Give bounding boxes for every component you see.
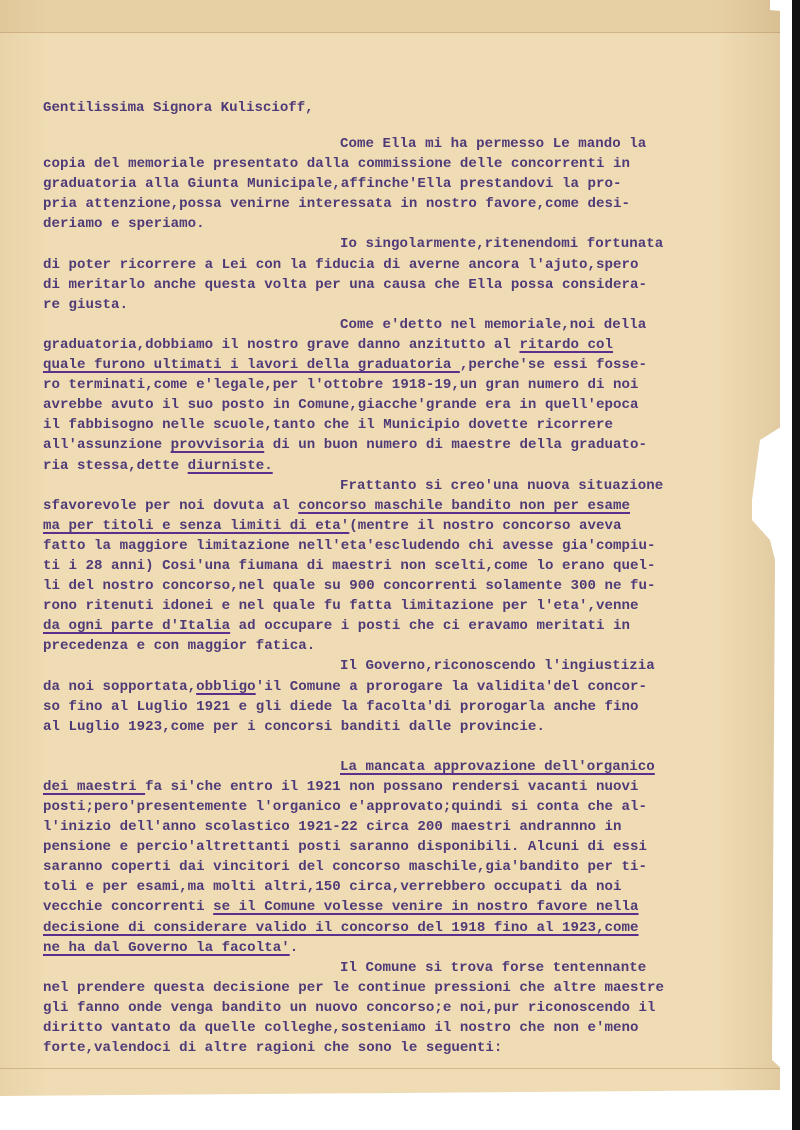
text-run: graduatoria,dobbiamo il nostro grave dan…: [43, 337, 519, 353]
text-run: li del nostro concorso,nel quale su 900 …: [43, 578, 656, 594]
text-line: Come Ella mi ha permesso Le mando la: [43, 134, 783, 154]
text-line: quale furono ultimati i lavori della gra…: [43, 355, 783, 375]
text-run: precedenza e con maggior fatica.: [43, 638, 315, 654]
text-run: da noi sopportata,: [43, 679, 196, 695]
text-run: nel prendere questa decisione per le con…: [43, 980, 664, 996]
text-run: so fino al Luglio 1921 e gli diede la fa…: [43, 699, 639, 715]
text-line: deriamo e speriamo.: [43, 214, 783, 234]
text-line: li del nostro concorso,nel quale su 900 …: [43, 576, 783, 596]
text-line: copia del memoriale presentato dalla com…: [43, 154, 783, 174]
underlined-phrase: se il Comune volesse venire in nostro fa…: [213, 899, 638, 915]
underlined-phrase: dei maestri: [43, 779, 145, 795]
underlined-phrase: concorso maschile bandito non per esame: [298, 498, 630, 514]
text-line: forte,valendoci di altre ragioni che son…: [43, 1038, 783, 1058]
paragraph: Io singolarmente,ritenendomi fortunatadi…: [43, 234, 783, 314]
text-line: La mancata approvazione dell'organico: [43, 757, 783, 777]
text-line: avrebbe avuto il suo posto in Comune,gia…: [43, 395, 783, 415]
underlined-phrase: da ogni parte d'Italia: [43, 618, 230, 634]
paragraph: Il Comune si trova forse tentennantenel …: [43, 958, 783, 1058]
text-run: Come Ella mi ha permesso Le mando la: [340, 136, 646, 152]
text-line: ma per titoli e senza limiti di eta'(men…: [43, 516, 783, 536]
text-line: sfavorevole per noi dovuta al concorso m…: [43, 496, 783, 516]
text-line: graduatoria alla Giunta Municipale,affin…: [43, 174, 783, 194]
text-line: diritto vantato da quelle colleghe,soste…: [43, 1018, 783, 1038]
text-run: fatto la maggiore limitazione nell'eta'e…: [43, 538, 656, 554]
text-run: il fabbisogno nelle scuole,tanto che il …: [43, 417, 613, 433]
text-line: Come e'detto nel memoriale,noi della: [43, 315, 783, 335]
text-run: diritto vantato da quelle colleghe,soste…: [43, 1020, 639, 1036]
text-line: fatto la maggiore limitazione nell'eta'e…: [43, 536, 783, 556]
text-line: vecchie concorrenti se il Comune volesse…: [43, 897, 783, 917]
paragraph: Come Ella mi ha permesso Le mando lacopi…: [43, 134, 783, 234]
paragraph: Il Governo,riconoscendo l'ingiustiziada …: [43, 656, 783, 736]
text-run: re giusta.: [43, 297, 128, 313]
text-run: l'inizio dell'anno scolastico 1921-22 ci…: [43, 819, 622, 835]
underlined-phrase: decisione di considerare valido il conco…: [43, 920, 639, 936]
text-run: deriamo e speriamo.: [43, 216, 205, 232]
text-run: ro terminati,come e'legale,per l'ottobre…: [43, 377, 639, 393]
text-line: so fino al Luglio 1921 e gli diede la fa…: [43, 697, 783, 717]
text-run: Il Comune si trova forse tentennante: [340, 960, 646, 976]
text-line: di meritarlo anche questa volta per una …: [43, 275, 783, 295]
text-line: Io singolarmente,ritenendomi fortunata: [43, 234, 783, 254]
text-line: Frattanto si creo'una nuova situazione: [43, 476, 783, 496]
text-line: gli fanno onde venga bandito un nuovo co…: [43, 998, 783, 1018]
underlined-phrase: obbligo: [196, 679, 256, 695]
paragraph: Frattanto si creo'una nuova situazionesf…: [43, 476, 783, 657]
text-line: l'inizio dell'anno scolastico 1921-22 ci…: [43, 817, 783, 837]
text-run: ti i 28 anni) Cosi'una fiumana di maestr…: [43, 558, 656, 574]
text-line: precedenza e con maggior fatica.: [43, 636, 783, 656]
text-run: ,perche'se essi fosse-: [460, 357, 647, 373]
underlined-phrase: ma per titoli e senza limiti di eta': [43, 518, 349, 534]
text-line: da noi sopportata,obbligo'il Comune a pr…: [43, 677, 783, 697]
text-line: ro terminati,come e'legale,per l'ottobre…: [43, 375, 783, 395]
underlined-phrase: diurniste.: [188, 458, 273, 474]
text-run: fa si'che entro il 1921 non possano rend…: [145, 779, 638, 795]
text-line: ne ha dal Governo la facolta'.: [43, 938, 783, 958]
text-run: di un buon numero di maestre della gradu…: [264, 437, 647, 453]
text-line: Il Governo,riconoscendo l'ingiustizia: [43, 656, 783, 676]
text-line: ria stessa,dette diurniste.: [43, 456, 783, 476]
text-line: posti;pero'presentemente l'organico e'ap…: [43, 797, 783, 817]
text-run: di meritarlo anche questa volta per una …: [43, 277, 647, 293]
text-line: ti i 28 anni) Cosi'una fiumana di maestr…: [43, 556, 783, 576]
underlined-phrase: provvisoria: [171, 437, 265, 453]
scan-edge: [792, 0, 800, 1130]
text-line: pria attenzione,possa venirne interessat…: [43, 194, 783, 214]
salutation: Gentilissima Signora Kuliscioff,: [43, 100, 314, 116]
text-line: saranno coperti dai vincitori del concor…: [43, 857, 783, 877]
text-line: il fabbisogno nelle scuole,tanto che il …: [43, 415, 783, 435]
text-line: decisione di considerare valido il conco…: [43, 918, 783, 938]
text-run: gli fanno onde venga bandito un nuovo co…: [43, 1000, 656, 1016]
underlined-phrase: La mancata approvazione dell'organico: [340, 759, 655, 775]
text-run: rono ritenuti idonei e nel quale fu fatt…: [43, 598, 639, 614]
letter-body: Come Ella mi ha permesso Le mando lacopi…: [43, 134, 783, 1058]
text-line: pensione e percio'altrettanti posti sara…: [43, 837, 783, 857]
text-run: pensione e percio'altrettanti posti sara…: [43, 839, 647, 855]
text-line: al Luglio 1923,come per i concorsi bandi…: [43, 717, 783, 737]
underlined-phrase: ne ha dal Governo la facolta': [43, 940, 290, 956]
text-run: Come e'detto nel memoriale,noi della: [340, 317, 646, 333]
text-run: (mentre il nostro concorso aveva: [349, 518, 621, 534]
text-run: Io singolarmente,ritenendomi fortunata: [340, 236, 663, 252]
text-run: all'assunzione: [43, 437, 171, 453]
underlined-phrase: ritardo col: [519, 337, 613, 353]
text-line: graduatoria,dobbiamo il nostro grave dan…: [43, 335, 783, 355]
paragraph: Come e'detto nel memoriale,noi dellagrad…: [43, 315, 783, 476]
text-run: sfavorevole per noi dovuta al: [43, 498, 298, 514]
text-run: pria attenzione,possa venirne interessat…: [43, 196, 630, 212]
text-run: ad occupare i posti che ci eravamo merit…: [230, 618, 630, 634]
text-line: di poter ricorrere a Lei con la fiducia …: [43, 255, 783, 275]
text-run: posti;pero'presentemente l'organico e'ap…: [43, 799, 647, 815]
text-run: 'il Comune a prorogare la validita'del c…: [256, 679, 647, 695]
text-run: avrebbe avuto il suo posto in Comune,gia…: [43, 397, 639, 413]
text-line: da ogni parte d'Italia ad occupare i pos…: [43, 616, 783, 636]
text-run: copia del memoriale presentato dalla com…: [43, 156, 630, 172]
text-line: dei maestri fa si'che entro il 1921 non …: [43, 777, 783, 797]
text-line: all'assunzione provvisoria di un buon nu…: [43, 435, 783, 455]
text-run: .: [290, 940, 299, 956]
text-run: di poter ricorrere a Lei con la fiducia …: [43, 257, 639, 273]
paragraph: La mancata approvazione dell'organicodei…: [43, 757, 783, 958]
text-run: al Luglio 1923,come per i concorsi bandi…: [43, 719, 545, 735]
text-line: Il Comune si trova forse tentennante: [43, 958, 783, 978]
text-line: rono ritenuti idonei e nel quale fu fatt…: [43, 596, 783, 616]
text-run: Frattanto si creo'una nuova situazione: [340, 478, 663, 494]
text-run: ria stessa,dette: [43, 458, 188, 474]
text-run: forte,valendoci di altre ragioni che son…: [43, 1040, 502, 1056]
text-line: toli e per esami,ma molti altri,150 circ…: [43, 877, 783, 897]
text-run: Il Governo,riconoscendo l'ingiustizia: [340, 658, 655, 674]
text-line: nel prendere questa decisione per le con…: [43, 978, 783, 998]
text-run: toli e per esami,ma molti altri,150 circ…: [43, 879, 622, 895]
text-run: graduatoria alla Giunta Municipale,affin…: [43, 176, 622, 192]
fold-line: [0, 32, 780, 33]
text-run: saranno coperti dai vincitori del concor…: [43, 859, 647, 875]
underlined-phrase: quale furono ultimati i lavori della gra…: [43, 357, 460, 373]
paragraph-gap: [43, 737, 783, 757]
text-run: vecchie concorrenti: [43, 899, 213, 915]
text-line: re giusta.: [43, 295, 783, 315]
fold-line: [0, 1068, 780, 1069]
